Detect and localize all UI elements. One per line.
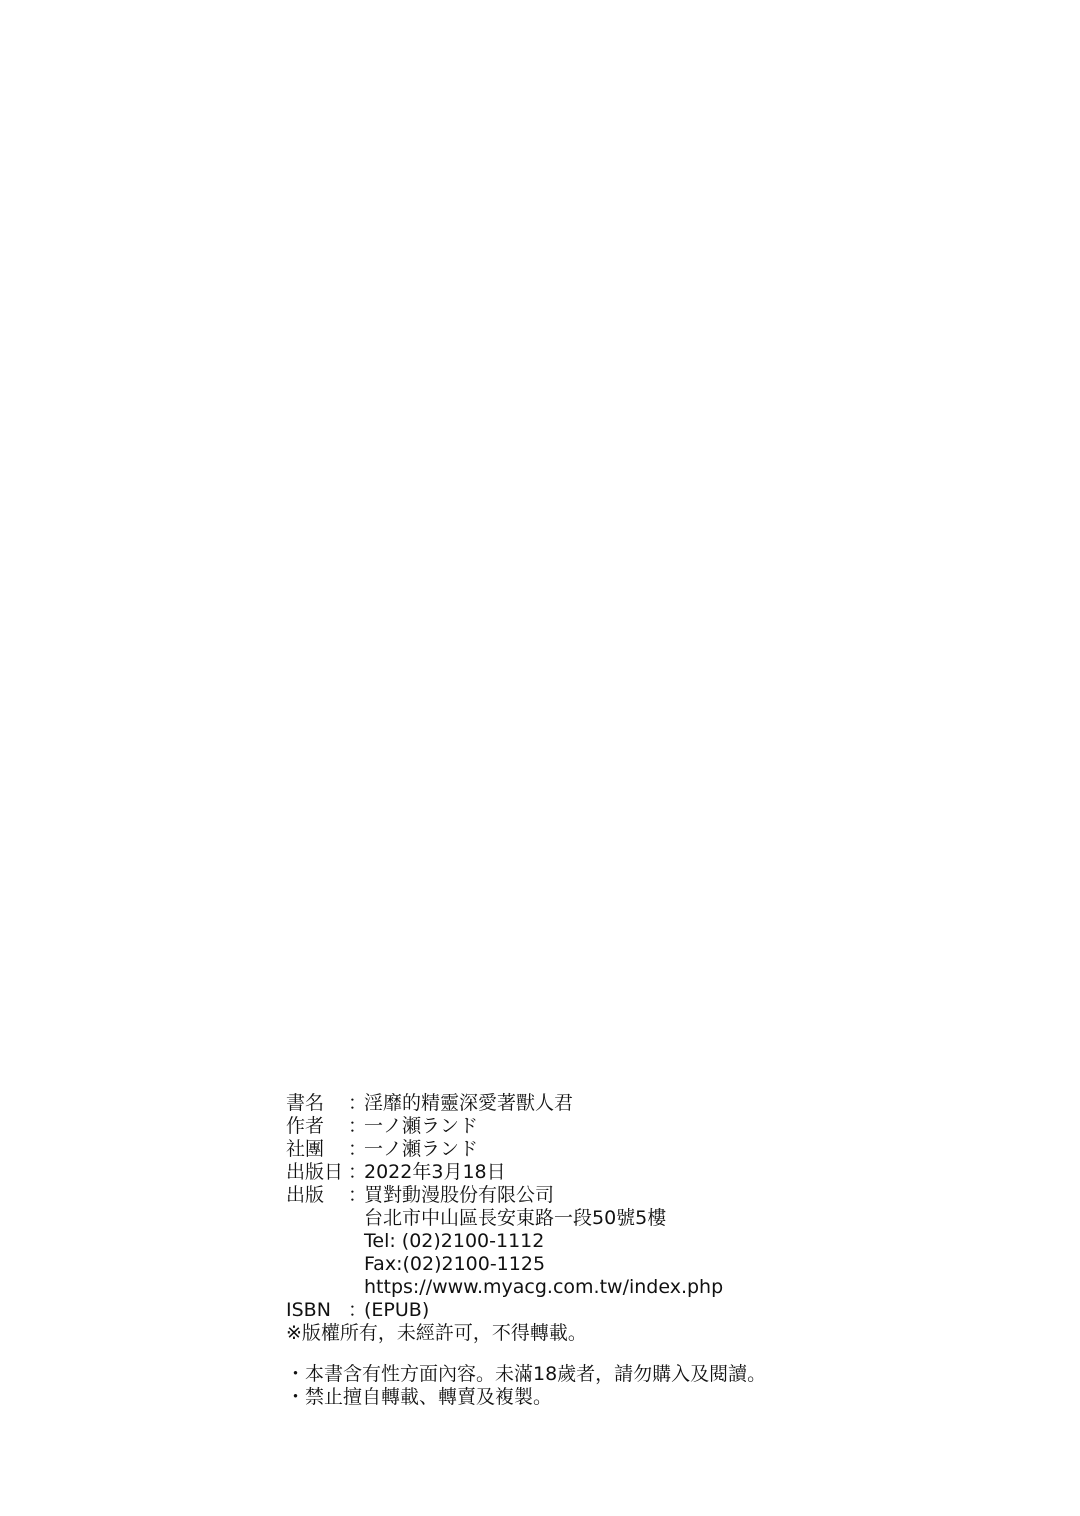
title-value: 淫靡的精靈深愛著獸人君 <box>364 1092 573 1115</box>
publisher-label: 出版 <box>286 1184 348 1207</box>
colon: ： <box>348 1138 364 1161</box>
colophon: 書名 ： 淫靡的精靈深愛著獸人君 作者 ： 一ノ瀬ランド 社團 ： 一ノ瀬ランド… <box>286 1092 766 1409</box>
colon: ： <box>348 1184 364 1207</box>
isbn-label: ISBN <box>286 1299 348 1322</box>
colon: ： <box>348 1115 364 1138</box>
spacer <box>286 1345 766 1363</box>
author-value: 一ノ瀬ランド <box>364 1115 478 1138</box>
publisher-url: https://www.myacg.com.tw/index.php <box>286 1276 766 1299</box>
publisher-name: 買對動漫股份有限公司 <box>364 1184 554 1207</box>
colon: ： <box>348 1092 364 1115</box>
circle-row: 社團 ： 一ノ瀬ランド <box>286 1138 766 1161</box>
date-value: 2022年3月18日 <box>364 1161 506 1184</box>
colon: ： <box>348 1299 364 1322</box>
isbn-value: (EPUB) <box>364 1299 429 1322</box>
circle-label: 社團 <box>286 1138 348 1161</box>
title-row: 書名 ： 淫靡的精靈深愛著獸人君 <box>286 1092 766 1115</box>
publisher-address: 台北市中山區長安東路一段50號5樓 <box>286 1207 766 1230</box>
date-label: 出版日 <box>286 1161 348 1184</box>
author-label: 作者 <box>286 1115 348 1138</box>
isbn-row: ISBN ： (EPUB) <box>286 1299 766 1322</box>
publisher-tel: Tel: (02)2100-1112 <box>286 1230 766 1253</box>
title-label: 書名 <box>286 1092 348 1115</box>
circle-value: 一ノ瀬ランド <box>364 1138 478 1161</box>
date-row: 出版日 ： 2022年3月18日 <box>286 1161 766 1184</box>
author-row: 作者 ： 一ノ瀬ランド <box>286 1115 766 1138</box>
copyright-notice: ※版權所有，未經許可，不得轉載。 <box>286 1322 766 1345</box>
publisher-row: 出版 ： 買對動漫股份有限公司 <box>286 1184 766 1207</box>
age-restriction-notice: ・本書含有性方面內容。未滿18歲者，請勿購入及閱讀。 <box>286 1363 766 1386</box>
colon: ： <box>348 1161 364 1184</box>
reproduction-notice: ・禁止擅自轉載、轉賣及複製。 <box>286 1386 766 1409</box>
publisher-fax: Fax:(02)2100-1125 <box>286 1253 766 1276</box>
